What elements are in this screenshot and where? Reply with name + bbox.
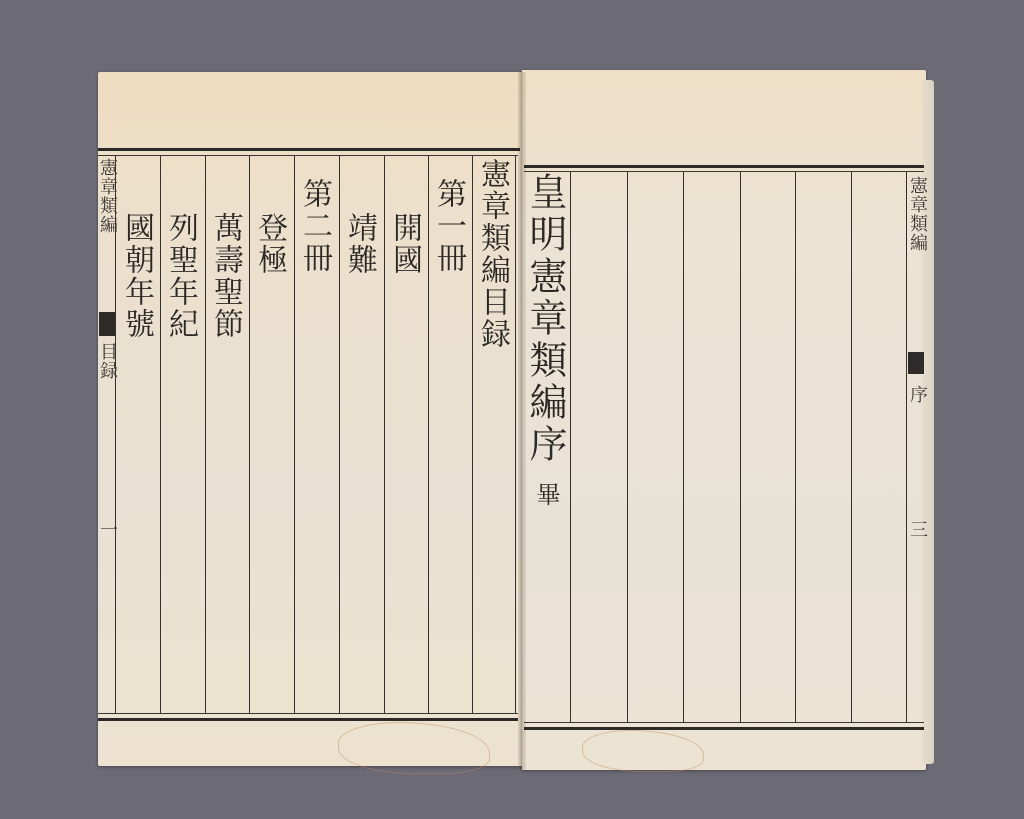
column-rule <box>906 172 907 722</box>
column-rule <box>627 172 628 722</box>
column-rule <box>683 172 684 722</box>
toc-entry-jingnan: 靖難 <box>344 212 374 276</box>
column-rule <box>472 156 473 714</box>
left-top-border <box>98 148 520 151</box>
column-rule <box>570 172 571 722</box>
toc-entry-kaiguo: 開國 <box>389 212 419 276</box>
column-rule <box>795 172 796 722</box>
column-rule <box>740 172 741 722</box>
left-top-inner-border <box>98 155 518 156</box>
preface-title: 皇明憲章類編序 <box>526 172 564 466</box>
water-stain <box>338 722 490 774</box>
right-bottom-inner-border <box>524 722 924 723</box>
toc-entry-liesheng-nianji: 列聖年紀 <box>165 212 195 340</box>
column-rule <box>515 156 516 714</box>
left-bottom-border <box>98 718 518 721</box>
book-scan: 憲章類編 目録 一 憲章類編目録 第一冊 開國 靖難 第二冊 登極 萬壽聖節 列… <box>0 0 1024 819</box>
right-margin-section: 序 <box>908 385 926 404</box>
right-bottom-border <box>524 727 924 730</box>
right-margin-folio: 三 <box>908 520 926 539</box>
toc-title: 憲章類編目録 <box>477 158 507 350</box>
toc-entry-wanshou-shengjie: 萬壽聖節 <box>210 212 240 340</box>
column-rule <box>115 156 116 714</box>
left-margin-folio: 一 <box>98 520 116 539</box>
left-margin-section: 目録 <box>98 342 116 380</box>
right-margin-book-title: 憲章類編 <box>908 176 926 252</box>
right-top-border <box>524 165 924 168</box>
right-page <box>522 70 926 770</box>
toc-entry-guochao-nianhao: 國朝年號 <box>121 212 151 340</box>
column-rule <box>339 156 340 714</box>
column-rule <box>160 156 161 714</box>
right-top-inner-border <box>524 171 924 172</box>
fish-tail-mark <box>908 352 924 374</box>
left-margin-book-title: 憲章類編 <box>98 158 116 234</box>
column-rule <box>428 156 429 714</box>
toc-volume-1: 第一冊 <box>433 178 463 274</box>
column-rule <box>851 172 852 722</box>
column-rule <box>205 156 206 714</box>
preface-end-mark: 畢 <box>534 482 558 508</box>
left-bottom-inner-border <box>98 713 518 714</box>
fish-tail-mark <box>99 312 115 336</box>
toc-volume-2: 第二冊 <box>299 178 329 274</box>
column-rule <box>294 156 295 714</box>
left-page <box>98 72 522 766</box>
column-rule <box>249 156 250 714</box>
water-stain <box>582 730 704 772</box>
toc-entry-dengji: 登極 <box>254 212 284 276</box>
column-rule <box>384 156 385 714</box>
